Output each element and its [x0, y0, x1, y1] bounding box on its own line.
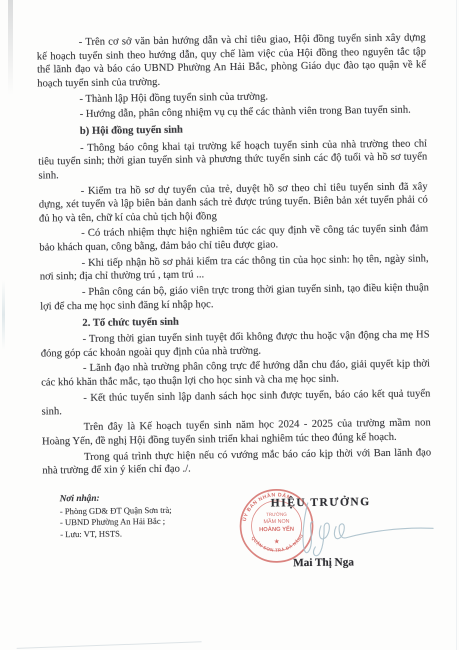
paragraph: - Lãnh đạo nhà trường phân công trực để … — [41, 358, 430, 390]
scan-edge-mark — [2, 280, 5, 350]
scan-edge-line — [456, 0, 457, 650]
paragraph: - Trên cơ sở văn bản hướng dẫn và chỉ ti… — [37, 31, 427, 90]
paragraph: - Phân công cán bộ, giáo viên trực trong… — [40, 282, 429, 314]
scan-edge-shadow — [8, 0, 13, 95]
document-body: - Trên cơ sở văn bản hướng dẫn và chỉ ti… — [37, 31, 432, 480]
stamp-center-line1: TRƯỜNG — [266, 511, 287, 517]
stamp-center-line2: MẦM NON — [263, 518, 289, 525]
paragraph: - Kết thúc tuyển sinh lập danh sách học … — [41, 387, 430, 419]
paragraph: - Hướng dẫn, phân công nhiệm vụ cụ thể c… — [38, 104, 427, 123]
signatory-name: Mai Thị Nga — [243, 556, 403, 570]
paragraph: - Thông báo công khai tại trường kế hoạc… — [38, 137, 428, 183]
closing-paragraph: Trong quá trình thực hiện nếu có vướng m… — [42, 446, 431, 478]
paragraph: - Trong thời gian tuyển sinh tuyệt đối k… — [41, 328, 430, 360]
scan-content: - Trên cơ sở văn bản hướng dẫn và chỉ ti… — [0, 0, 459, 650]
closing-paragraph: Trên đây là Kế hoạch tuyển sinh năm học … — [42, 417, 431, 449]
stamp-center-line3: HOÀNG YẾN — [259, 526, 294, 533]
paragraph: - Khi tiếp nhận hồ sơ phải kiểm tra các … — [40, 252, 429, 284]
recipient-line: - Lưu: VT, HSTS. — [60, 526, 250, 540]
recipients-block: Nơi nhận: - Phòng GD& ĐT Quận Sơn trà; -… — [60, 492, 251, 540]
scanned-document-page: - Trên cơ sở văn bản hướng dẫn và chỉ ti… — [0, 0, 459, 650]
handwritten-signature-icon — [291, 493, 442, 561]
paragraph: - Có trách nhiệm thực hiện nghiêm túc cá… — [39, 223, 428, 255]
scan-edge-artifact — [17, 641, 202, 649]
paragraph: - Kiểm tra hồ sơ dự tuyển của trẻ, duyệt… — [39, 180, 429, 226]
stamp-star-icon: ★ — [274, 537, 280, 545]
